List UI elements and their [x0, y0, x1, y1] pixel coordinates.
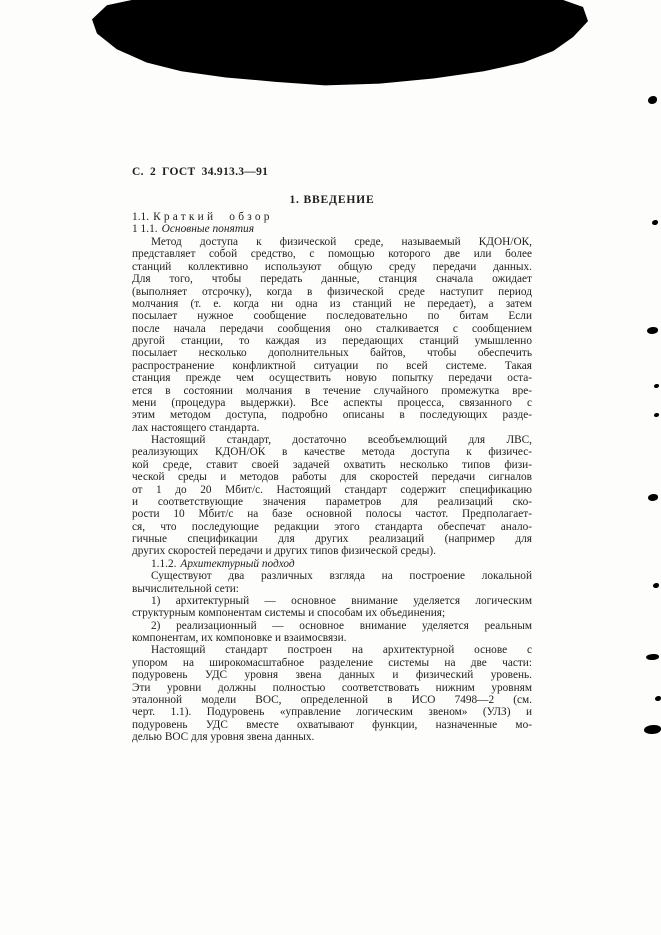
text-line: другой станции, то каждая из передающих … — [132, 335, 532, 347]
section-number: 1 1.1. — [132, 223, 158, 235]
text-line: кой среде, ставит своей задачей охватить… — [132, 459, 532, 471]
text-line: 2) реализационный — основное внимание уд… — [132, 620, 532, 632]
text-line: упором на широкомасштабное разделение си… — [132, 657, 532, 669]
text-line: от 1 до 20 Мбит/с. Настоящий стандарт со… — [132, 484, 532, 496]
text-line: черт. 1.1). Подуровень «управление логич… — [132, 706, 532, 718]
page-running-header: С. 2 ГОСТ 34.913.3—91 — [132, 166, 532, 178]
section-heading-1-1-1: 1 1.1.Основные понятия — [132, 223, 532, 235]
scanned-document-page: С. 2 ГОСТ 34.913.3—91 1. ВВЕДЕНИЕ 1.1.Кр… — [0, 0, 661, 935]
list-item: 2) реализационный — основное внимание уд… — [132, 620, 532, 645]
text-line: станций коллективно используют общую сре… — [132, 261, 532, 273]
text-line: Метод доступа к физической среде, называ… — [132, 236, 532, 248]
scan-artifact-mark — [647, 327, 658, 334]
text-line: гичные спецификации для других реализаци… — [132, 533, 532, 545]
text-line: ся, что последующие редакции этого станд… — [132, 521, 532, 533]
text-line: компонентам, их компоновке и взаимосвязи… — [132, 632, 532, 644]
section-title: Основные понятия — [162, 223, 254, 235]
text-line: станция прежде чем осуществить новую поп… — [132, 372, 532, 384]
text-line: Существуют два различных взгляда на пост… — [132, 570, 532, 582]
text-line: посылает нужное сообщение последовательн… — [132, 310, 532, 322]
text-line: распространение конфликтной ситуации по … — [132, 360, 532, 372]
body-text: Метод доступа к физической среде, называ… — [132, 236, 532, 743]
section-title: Архитектурный подход — [180, 558, 294, 570]
text-line: реализующих КДОН/ОК в качестве метода до… — [132, 446, 532, 458]
section-title: Краткий обзор — [153, 211, 273, 223]
text-line: Настоящий стандарт, достаточно всеобъемл… — [132, 434, 532, 446]
paragraph: Метод доступа к физической среде, называ… — [132, 236, 532, 434]
section-heading-1-1-2: 1.1.2.Архитектурный подход — [132, 558, 532, 570]
scan-artifact-mark — [654, 384, 659, 388]
text-line: представляет собой средство, с помощью к… — [132, 248, 532, 260]
paragraph: Существуют два различных взгляда на пост… — [132, 570, 532, 595]
text-line: подуровень УДС уровня звена данных и физ… — [132, 669, 532, 681]
scan-artifact-mark — [644, 725, 661, 734]
text-line: этим методом доступа, подробно описаны в… — [132, 409, 532, 421]
scan-artifact-mark — [654, 413, 659, 417]
text-line: лах настоящего стандарта. — [132, 422, 532, 434]
scan-artifact-mark — [648, 494, 658, 501]
text-line: вычислительной сети: — [132, 583, 532, 595]
scan-artifact-mark — [646, 654, 659, 660]
text-line: других скоростей передачи и других типов… — [132, 545, 532, 557]
list-item: 1) архитектурный — основное внимание уде… — [132, 595, 532, 620]
text-line: мени (процедура выдержки). Все аспекты п… — [132, 397, 532, 409]
text-line: структурным компонентам системы и способ… — [132, 607, 532, 619]
text-line: молчания (т. е. когда ни одна из станций… — [132, 298, 532, 310]
text-line: Настоящий стандарт построен на архитекту… — [132, 644, 532, 656]
chapter-title: 1. ВВЕДЕНИЕ — [132, 193, 532, 206]
text-line: подуровень УДС вместе охватывают функции… — [132, 719, 532, 731]
scan-artifact-mark — [653, 583, 659, 588]
text-line: ется в состоянии молчания в течение случ… — [132, 385, 532, 397]
text-line: эталонной модели ВОС, определенной в ИСО… — [132, 694, 532, 706]
section-number: 1.1.2. — [151, 558, 176, 570]
text-line: (выполняет отсрочку), когда в физической… — [132, 286, 532, 298]
text-line: посылает несколько дополнительных байтов… — [132, 347, 532, 359]
text-line: делью ВОС для уровня звена данных. — [132, 731, 532, 743]
scan-artifact-top-band — [92, 0, 588, 88]
text-line: ческой среды и методов работы для скорос… — [132, 471, 532, 483]
scan-artifact-mark — [652, 220, 658, 225]
text-line: 1) архитектурный — основное внимание уде… — [132, 595, 532, 607]
paragraph: Настоящий стандарт построен на архитекту… — [132, 644, 532, 743]
text-line: после начала передачи сообщения оно стал… — [132, 323, 532, 335]
text-line: и соответствующие значения параметров дл… — [132, 496, 532, 508]
text-line: рости 10 Мбит/с на базе основной полосы … — [132, 508, 532, 520]
paragraph: Настоящий стандарт, достаточно всеобъемл… — [132, 434, 532, 558]
section-heading-1-1: 1.1.Краткий обзор — [132, 211, 532, 223]
scan-artifact-mark — [648, 96, 657, 104]
text-line: Эти уровни должны полностью соответствов… — [132, 682, 532, 694]
scan-artifact-mark — [655, 696, 661, 701]
text-line: Для того, чтобы передать данные, станция… — [132, 273, 532, 285]
section-number: 1.1. — [132, 211, 149, 223]
